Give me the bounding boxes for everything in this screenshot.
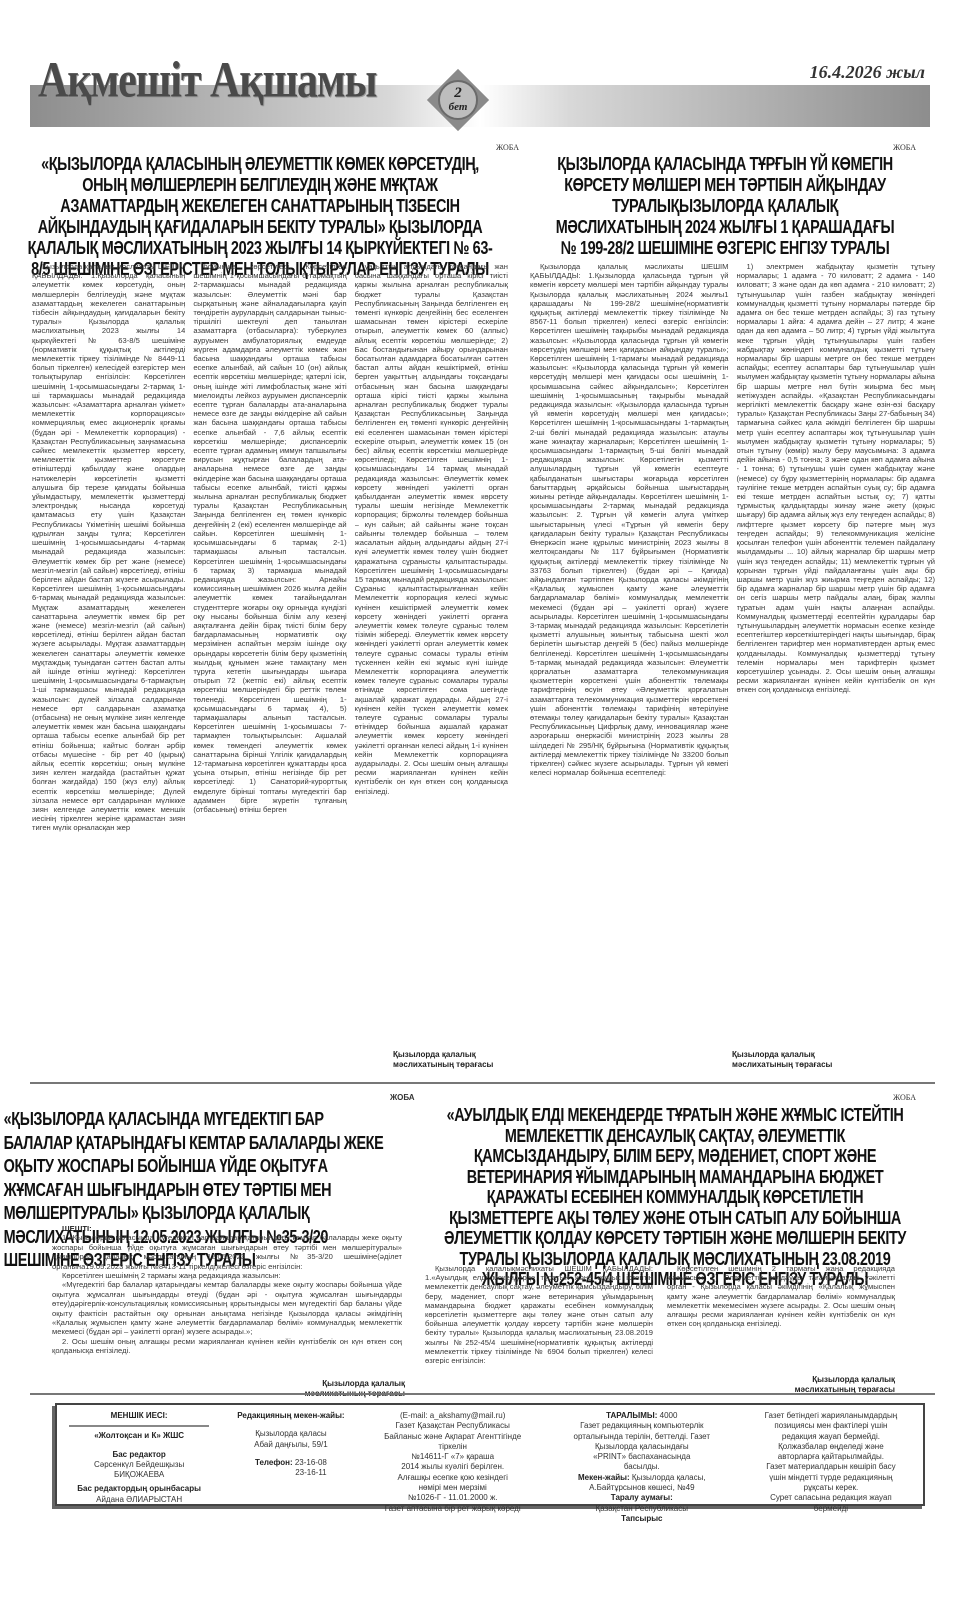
page-unit: бет: [440, 101, 476, 113]
email-link[interactable]: (E-mail: a_akshamy@mail.ru): [365, 1411, 541, 1421]
article-1-column-3: уақыттың алдындағы тоқсандағы жан басына…: [355, 262, 508, 1042]
article-3-intro: ШЕШТІ:: [52, 1224, 402, 1233]
article-4-headline: «АУЫЛДЫҚ ЕЛДІ МЕКЕНДЕРДЕ ТҰРАТЫН ЖӘНЕ ЖҰ…: [441, 1105, 909, 1290]
article-2-column-1: Қызылорда қалалық мәслихаты ШЕШІМ ҚАБЫЛД…: [530, 262, 729, 1042]
section-divider: [30, 1393, 935, 1395]
article-4-body: Қызылорда қалалықмәслихаты ШЕШІМ ҚАБЫЛДА…: [425, 1264, 895, 1364]
page-circle: 2 бет: [438, 80, 478, 120]
article-4-column-1: Қызылорда қалалықмәслихаты ШЕШІМ ҚАБЫЛДА…: [425, 1264, 653, 1364]
article-3-signature: Қызылорда қалалық мәслихатының төрағасы: [300, 1379, 405, 1399]
article-4-tag: ЖОБА: [893, 1093, 916, 1102]
page-number-badge: 2 бет: [428, 68, 488, 148]
page-number: 2: [440, 85, 476, 101]
article-2-signature: Қызылорда қалалық мәслихатының төрағасы: [732, 1050, 852, 1070]
article-4-column-2: Көрсетілген шешімнің 2 тармағы жаңа реда…: [667, 1264, 895, 1364]
article-1-column-1: Қызылорда қалалық мәслихаты ШЕШІМ ҚАБЫЛД…: [32, 262, 185, 1042]
masthead: Ақмешіт Ақшамы 16.4.2026 жыл 2 бет: [0, 40, 965, 150]
section-divider: [30, 1082, 935, 1084]
article-3-tag: ЖОБА: [390, 1093, 415, 1102]
article-4-signature: Қызылорда қалалық мәслихатының төрағасы: [780, 1375, 895, 1395]
article-2-tag: ЖОБА: [893, 143, 916, 152]
article-1-tag: ЖОБА: [496, 143, 519, 152]
article-1-headline: «ҚЫЗЫЛОРДА ҚАЛАСЫНЫҢ ӘЛЕУМЕТТІК КӨМЕК КӨ…: [26, 153, 494, 279]
imprint-registration: (E-mail: a_akshamy@mail.ru) Газет Қазақс…: [361, 1405, 545, 1504]
article-2-body: Қызылорда қалалық мәслихаты ШЕШІМ ҚАБЫЛД…: [530, 262, 935, 1042]
newspaper-title: Ақмешіт Ақшамы: [38, 52, 376, 110]
article-1-body: Қызылорда қалалық мәслихаты ШЕШІМ ҚАБЫЛД…: [32, 262, 508, 1042]
article-3-body: ШЕШТІ: 1.«Қызылорда қаласында мүгедектіг…: [52, 1224, 402, 1356]
imprint-disclaimer: Газет бетіндегі жарияланымдардың позиция…: [739, 1405, 923, 1504]
article-2-column-2: 1) электрмен жабдықтау қызметін тұтыну н…: [737, 262, 936, 1042]
imprint-owner: МЕНШІК ИЕСІ: «Жолтоқсан и К» ЖШС Бас ред…: [57, 1405, 221, 1504]
article-1-signature: Қызылорда қалалық мәслихатының төрағасы: [393, 1050, 503, 1070]
imprint-box: МЕНШІК ИЕСІ: «Жолтоқсан и К» ЖШС Бас ред…: [55, 1403, 925, 1506]
issue-date: 16.4.2026 жыл: [810, 62, 925, 83]
article-1-column-2: бойынша көрсетіледі. Көрсетілген шешімні…: [193, 262, 346, 1042]
imprint-address: Редакцияның мекен-жайы: Қызылорда қаласы…: [221, 1405, 360, 1504]
divider: [69, 1425, 209, 1427]
imprint-circulation: ТАРАЛЫМЫ: 4000 Газет редакцияның компьют…: [545, 1405, 739, 1504]
article-2-headline: ҚЫЗЫЛОРДА ҚАЛАСЫНДА ТҰРҒЫН ҮЙ КӨМЕГІН КӨ…: [553, 153, 896, 258]
